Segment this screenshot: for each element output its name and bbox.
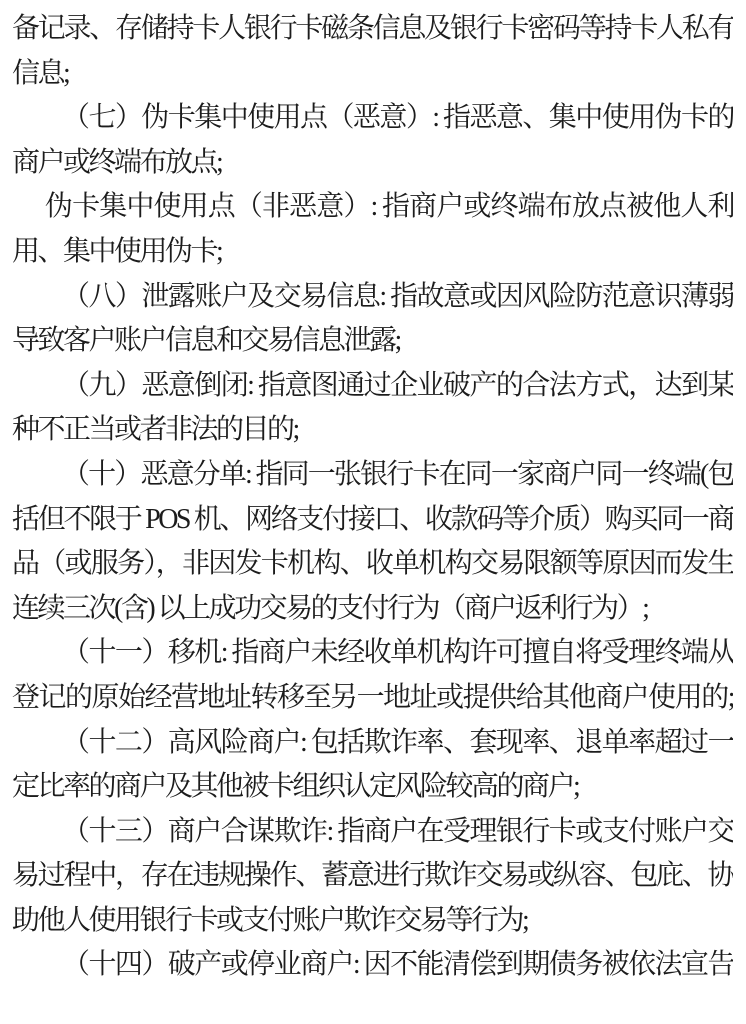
text-line: （九）恶意倒闭: 指意图通过企业破产的合法方式，达到某	[12, 364, 733, 409]
text-line: （十）恶意分单: 指同一张银行卡在同一家商户同一终端(包	[12, 453, 733, 498]
text-line: （八）泄露账户及交易信息: 指故意或因风险防范意识薄弱	[12, 275, 733, 320]
text-line: 登记的原始经营地址转移至另一地址或提供给其他商户使用的;	[12, 676, 733, 721]
text-line: 连续三次(含) 以上成功交易的支付行为（商户返利行为）;	[12, 587, 733, 632]
text-line: （十一）移机: 指商户未经收单机构许可擅自将受理终端从	[12, 631, 733, 676]
text-line: 导致客户账户信息和交易信息泄露;	[12, 319, 733, 364]
text-line: 商户或终端布放点;	[12, 141, 733, 186]
text-line: 品（或服务），非因发卡机构、收单机构交易限额等原因而发生	[12, 542, 733, 587]
document-page: 备记录、存储持卡人银行卡磁条信息及银行卡密码等持卡人私有 信息; （七）伪卡集中…	[0, 0, 746, 1024]
text-line: 易过程中，存在违规操作、蓄意进行欺诈交易或纵容、包庇、协	[12, 854, 733, 899]
text-line: 助他人使用银行卡或支付账户欺诈交易等行为;	[12, 899, 733, 944]
text-line: 种不正当或者非法的目的;	[12, 408, 733, 453]
text-line: （十二）高风险商户: 包括欺诈率、套现率、退单率超过一	[12, 721, 733, 766]
text-line: （十四）破产或停业商户: 因不能清偿到期债务被依法宣告	[12, 943, 733, 988]
text-line: （十三）商户合谋欺诈: 指商户在受理银行卡或支付账户交	[12, 810, 733, 855]
text-line: 用、集中使用伪卡;	[12, 230, 733, 275]
text-line: 信息;	[12, 52, 733, 97]
text-line: 定比率的商户及其他被卡组织认定风险较高的商户;	[12, 765, 733, 810]
text-line: 伪卡集中使用点（非恶意）: 指商户或终端布放点被他人利	[12, 185, 733, 230]
text-line: （七）伪卡集中使用点（恶意）: 指恶意、集中使用伪卡的	[12, 96, 733, 141]
text-line: 备记录、存储持卡人银行卡磁条信息及银行卡密码等持卡人私有	[12, 7, 733, 52]
text-line: 括但不限于 POS 机、网络支付接口、收款码等介质）购买同一商	[12, 498, 733, 543]
